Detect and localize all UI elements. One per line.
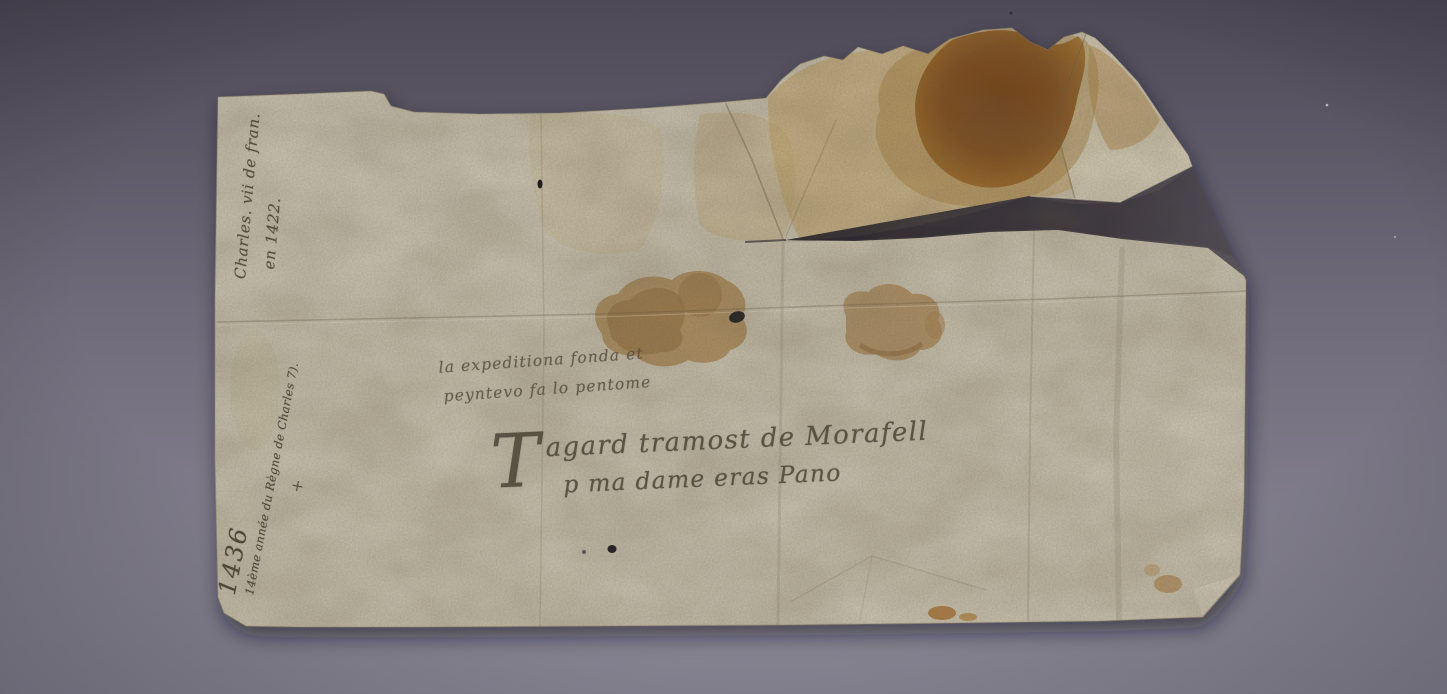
rust-stain-corner-2 bbox=[1144, 564, 1160, 576]
stain-centre-right-tail bbox=[925, 311, 945, 339]
rust-stain-corner-1 bbox=[1154, 575, 1182, 593]
wash-below-tear bbox=[694, 112, 795, 241]
rust-stain-bottom-1 bbox=[928, 606, 956, 620]
address-initial: T bbox=[490, 435, 542, 490]
rust-stain-bottom-2 bbox=[959, 613, 977, 621]
wash-upper-middle bbox=[528, 113, 664, 254]
photograph-of-parchment: Charles. vii de fran. en 1422. 1436 14èm… bbox=[0, 0, 1447, 694]
